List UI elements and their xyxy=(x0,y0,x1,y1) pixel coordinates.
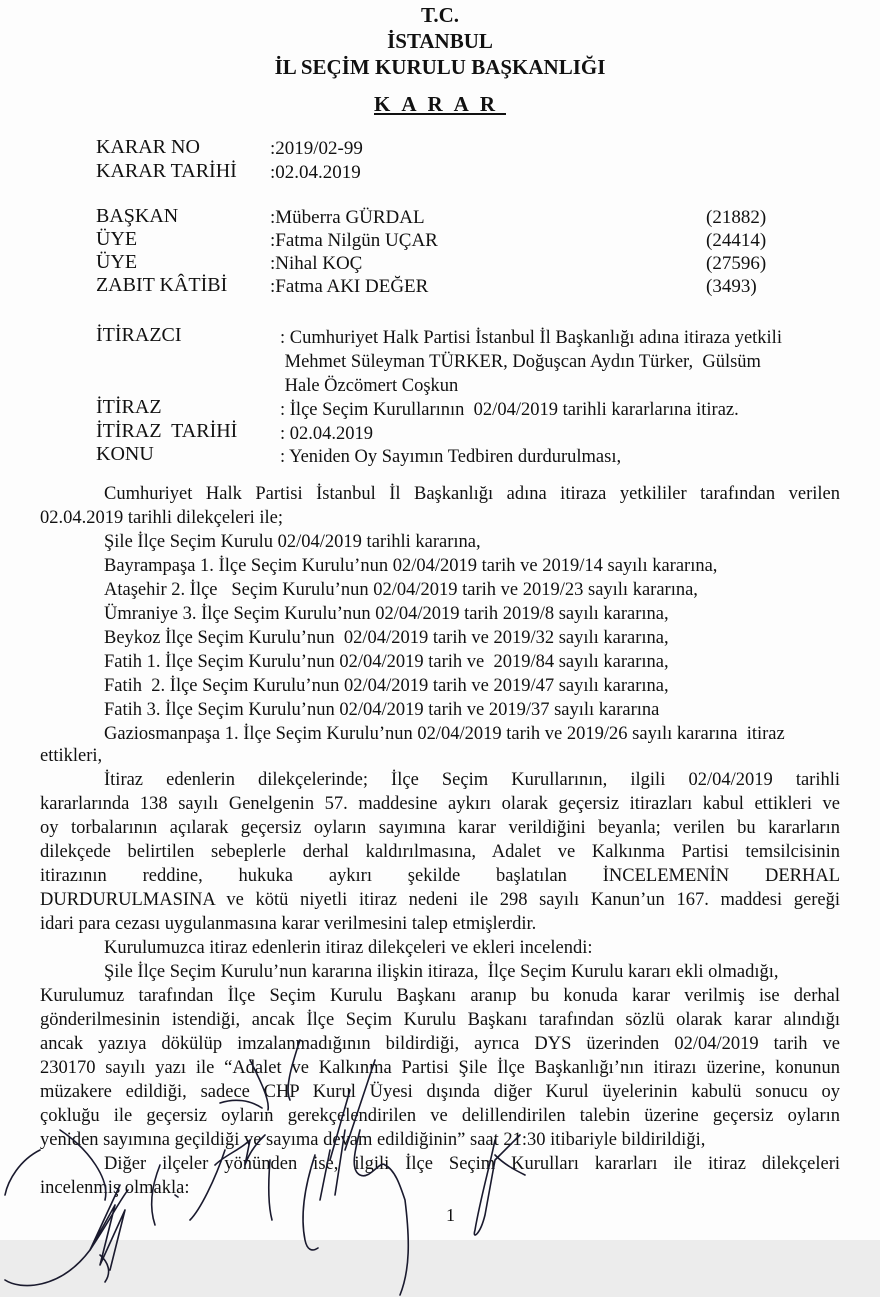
konu-value: : Yeniden Oy Sayımın Tedbiren durdurulma… xyxy=(280,445,860,469)
paragraph-line: 230170 sayılı yazı ile “Adalet ve Kalkın… xyxy=(40,1058,840,1079)
paragraph-line: idari para cezası uygulanmasına karar ve… xyxy=(40,914,536,935)
member-id: (24414) xyxy=(706,230,766,252)
bottom-margin-strip xyxy=(0,1240,880,1297)
decision-item: Fatih 1. İlçe Seçim Kurulu’nun 02/04/201… xyxy=(104,652,669,673)
paragraph-line: Kurulumuzca itiraz edenlerin itiraz dile… xyxy=(104,938,592,959)
decision-item: Fatih 2. İlçe Seçim Kurulu’nun 02/04/201… xyxy=(104,676,669,697)
paragraph-line: incelenmiş olmakla: xyxy=(40,1178,190,1199)
member-name: :Nihal KOÇ xyxy=(270,253,362,275)
karar-tarihi-value: :02.04.2019 xyxy=(270,162,361,184)
member-id: (3493) xyxy=(706,276,757,298)
itiraz-value: : İlçe Seçim Kurullarının 02/04/2019 tar… xyxy=(280,398,860,422)
konu-label: KONU xyxy=(96,443,154,466)
member-role: ÜYE xyxy=(96,251,137,274)
header-institution: İL SEÇİM KURULU BAŞKANLIĞI xyxy=(0,55,880,80)
paragraph-line: Kurulumuz tarafından İlçe Seçim Kurulu B… xyxy=(40,986,840,1007)
member-role: ÜYE xyxy=(96,228,137,251)
itirazci-value: : Cumhuriyet Halk Partisi İstanbul İl Ba… xyxy=(280,326,860,398)
header-tc: T.C. xyxy=(0,3,880,28)
intro-line: Cumhuriyet Halk Partisi İstanbul İl Başk… xyxy=(104,484,840,505)
page-number: 1 xyxy=(446,1205,455,1226)
decision-item: Ataşehir 2. İlçe Seçim Kurulu’nun 02/04/… xyxy=(104,580,698,601)
paragraph-line: dilekçede belirtilen sebeplerle derhal k… xyxy=(40,842,840,863)
karar-tarihi-label: KARAR TARİHİ xyxy=(96,160,237,183)
member-name: :Müberra GÜRDAL xyxy=(270,207,425,229)
decision-item: Fatih 3. İlçe Seçim Kurulu’nun 02/04/201… xyxy=(104,700,659,721)
member-name: :Fatma AKI DEĞER xyxy=(270,276,428,298)
itirazci-label: İTİRAZCI xyxy=(96,324,182,347)
itiraz-tarihi-value: : 02.04.2019 xyxy=(280,422,860,446)
paragraph-line: DURDURULMASINA ve kötü niyetli itiraz ne… xyxy=(40,890,840,911)
karar-no-label: KARAR NO xyxy=(96,136,200,159)
member-name: :Fatma Nilgün UÇAR xyxy=(270,230,438,252)
itirazci-line: Mehmet Süleyman TÜRKER, Doğuşcan Aydın T… xyxy=(280,350,860,374)
itirazci-line: Hale Özcömert Coşkun xyxy=(280,374,860,398)
itiraz-label: İTİRAZ xyxy=(96,396,162,419)
paragraph-line: gönderilmesinin istendiği, ancak İlçe Se… xyxy=(40,1010,840,1031)
ettikleri-text: ettikleri, xyxy=(40,746,102,767)
intro-line: 02.04.2019 tarihli dilekçeleri ile; xyxy=(40,508,283,529)
decision-item: Beykoz İlçe Seçim Kurulu’nun 02/04/2019 … xyxy=(104,628,669,649)
header-city: İSTANBUL xyxy=(0,29,880,54)
paragraph-line: Şile İlçe Seçim Kurulu’nun kararına iliş… xyxy=(104,962,779,983)
paragraph-line: kararlarında 138 sayılı Genelgenin 57. m… xyxy=(40,794,840,815)
paragraph-line: yeniden sayımına geçildiği ve sayıma dev… xyxy=(40,1130,705,1151)
decision-item: Bayrampaşa 1. İlçe Seçim Kurulu’nun 02/0… xyxy=(104,556,717,577)
member-role: BAŞKAN xyxy=(96,205,178,228)
decision-item: Gaziosmanpaşa 1. İlçe Seçim Kurulu’nun 0… xyxy=(104,724,785,745)
member-id: (21882) xyxy=(706,207,766,229)
document-page: T.C. İSTANBUL İL SEÇİM KURULU BAŞKANLIĞI… xyxy=(0,0,880,1240)
paragraph-line: müzakere edildiği, sadece CHP Kurul Üyes… xyxy=(40,1082,840,1103)
itiraz-tarihi-label: İTİRAZ TARİHİ xyxy=(96,420,237,443)
member-role: ZABIT KÂTİBİ xyxy=(96,274,227,297)
document-title: KARAR xyxy=(0,92,880,117)
decision-item: Ümraniye 3. İlçe Seçim Kurulu’nun 02/04/… xyxy=(104,604,669,625)
paragraph-line: ancak yazıya dökülüp imzalanmadığının bi… xyxy=(40,1034,840,1055)
paragraph-line: çokluğu ile geçersiz oyların gerekçelend… xyxy=(40,1106,840,1127)
paragraph-line: İtiraz edenlerin dilekçelerinde; İlçe Se… xyxy=(104,770,840,791)
itirazci-line: : Cumhuriyet Halk Partisi İstanbul İl Ba… xyxy=(280,326,860,350)
karar-no-value: :2019/02-99 xyxy=(270,138,363,160)
member-id: (27596) xyxy=(706,253,766,275)
paragraph-line: itirazının reddine, hukuka aykırı şekild… xyxy=(40,866,840,887)
paragraph-line: oy torbalarının açılarak geçersiz oyları… xyxy=(40,818,840,839)
decision-item: Şile İlçe Seçim Kurulu 02/04/2019 tarihl… xyxy=(104,532,481,553)
paragraph-line: Diğer ilçeler yönünden ise, ilgili İlçe … xyxy=(104,1154,840,1175)
